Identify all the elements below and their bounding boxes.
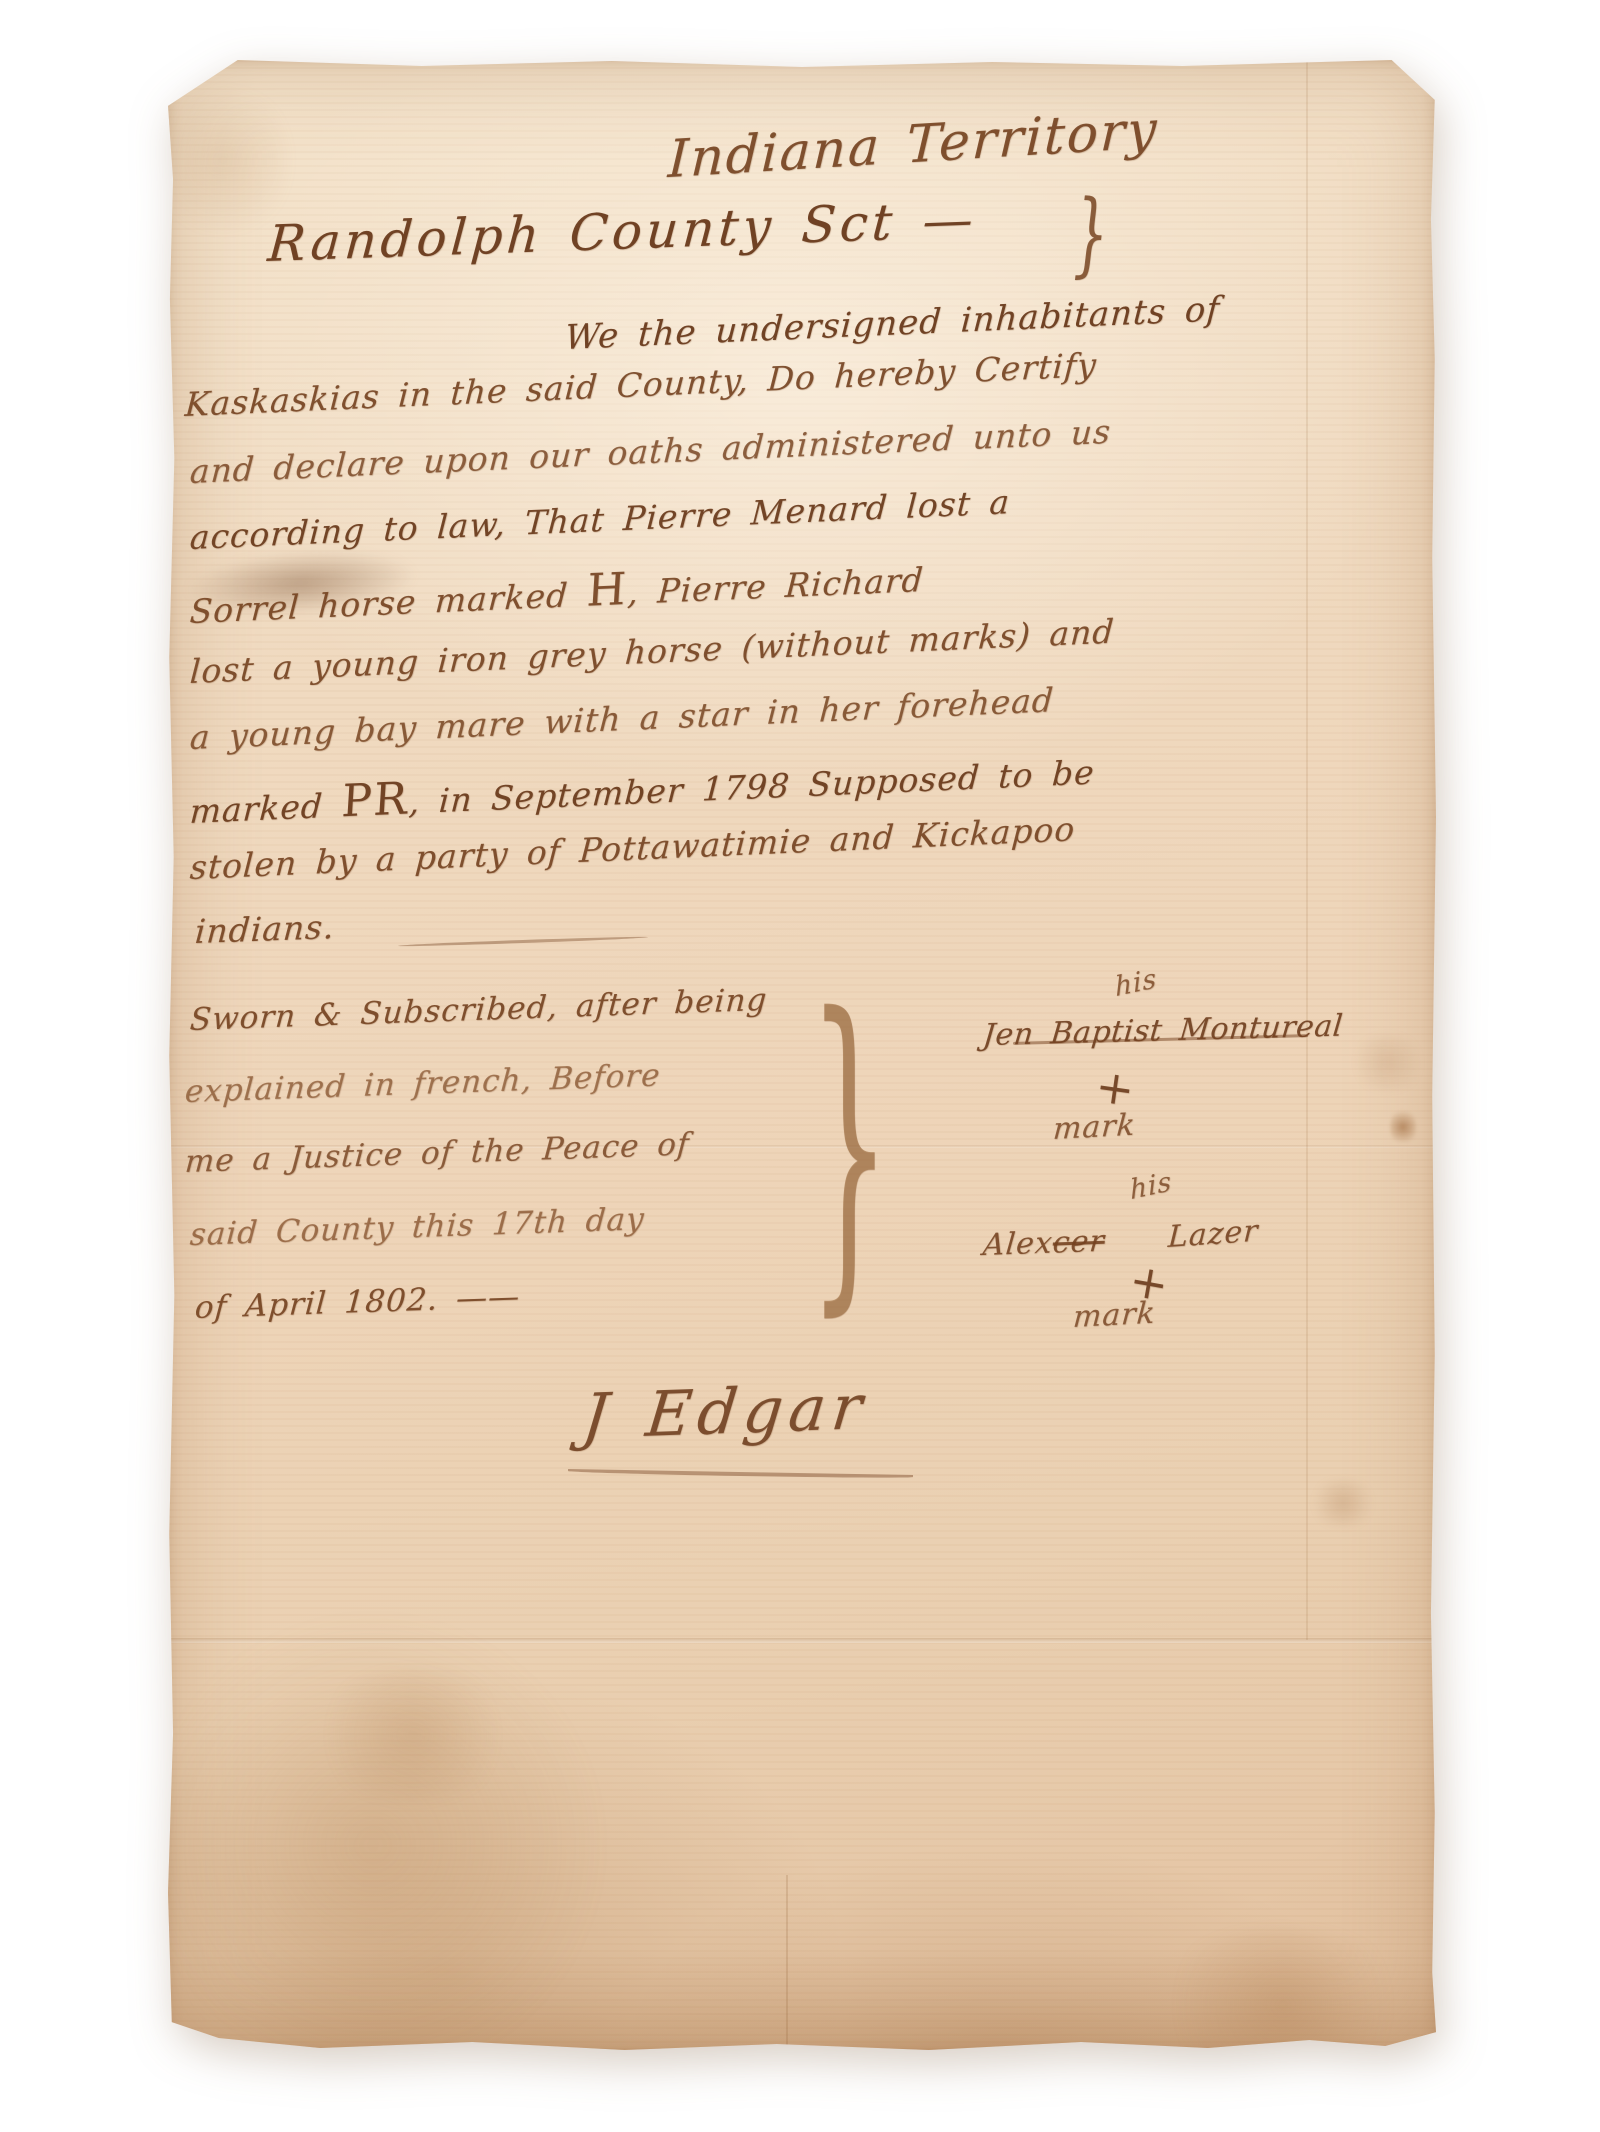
attestation-line-5: of April 1802. ——	[194, 1279, 522, 1326]
witness2-name-last: Lazer	[1167, 1214, 1259, 1256]
body-line-2: Kaskaskias in the said County, Do hereby…	[184, 345, 1098, 424]
header-territory: Indiana Territory	[667, 100, 1160, 190]
justice-signature: J Edgar	[579, 1370, 871, 1453]
witness1-mark-label: mark	[1052, 1108, 1137, 1148]
stain-top-left-corner	[158, 75, 288, 245]
body-line-8-text2: , in September 1798 Supposed to be	[408, 752, 1096, 821]
stain-right-of-text	[1348, 1035, 1428, 1090]
mare-brand-pr: PR	[340, 772, 411, 827]
body-line-7: a young bay mare with a star in her fore…	[189, 680, 1055, 757]
witness1-his: his	[1114, 963, 1158, 1003]
body-line-10: indians.	[194, 907, 336, 951]
aged-paper-sheet: Indiana Territory Randolph County Sct — …	[168, 60, 1436, 2052]
horse-brand-h: H	[585, 563, 629, 617]
body-line-4: according to law, That Pierre Menard los…	[189, 482, 1012, 557]
attestation-brace: }	[808, 947, 891, 1344]
attestation-line-2: explained in french, Before	[184, 1057, 662, 1110]
witness2-mark-label: mark	[1072, 1296, 1157, 1336]
witness2-name-first: Alexcer	[981, 1224, 1106, 1263]
bottom-edge-band	[168, 1950, 1436, 2050]
horizontal-fold-crease-lower	[168, 1638, 1436, 1643]
body-line-5-text: Sorrel horse marked	[189, 575, 588, 631]
body-line-5: Sorrel horse marked H, Pierre Richard	[188, 550, 925, 634]
attestation-line-4: said County this 17th day	[189, 1201, 646, 1253]
body-line-8-text: marked	[189, 785, 343, 831]
right-fold-crease	[1306, 60, 1308, 1640]
body-line-1: We the undersigned inhabitants of	[564, 289, 1221, 358]
witness1-name: Jen Baptist Montureal	[981, 1009, 1344, 1054]
stain-bottom-right	[1148, 1930, 1418, 2080]
body-line-3: and declare upon our oaths administered …	[189, 412, 1112, 491]
body-line-5-text2: , Pierre Richard	[626, 560, 925, 612]
header-county: Randolph County Sct —	[266, 190, 979, 273]
manuscript-page: Indiana Territory Randolph County Sct — …	[168, 60, 1436, 2052]
ink-spot-right	[1390, 1108, 1416, 1146]
stain-left-mid	[308, 1670, 518, 1800]
signature-underline-flourish	[568, 1469, 913, 1479]
flourish-after-indians	[398, 936, 648, 948]
bottom-center-crease	[786, 1875, 788, 2050]
attestation-line-3: me a Justice of the Peace of	[184, 1126, 691, 1180]
witness2-alex: Alex	[981, 1225, 1054, 1263]
attestation-line-1: Sworn & Subscribed, after being	[189, 982, 769, 1038]
witness2-his: his	[1129, 1166, 1173, 1206]
header-brace: }	[1073, 180, 1109, 287]
stain-right-small	[1308, 1480, 1378, 1526]
stain-bottom-left	[138, 1610, 608, 2080]
witness2-struck-text: cer	[1051, 1224, 1106, 1261]
